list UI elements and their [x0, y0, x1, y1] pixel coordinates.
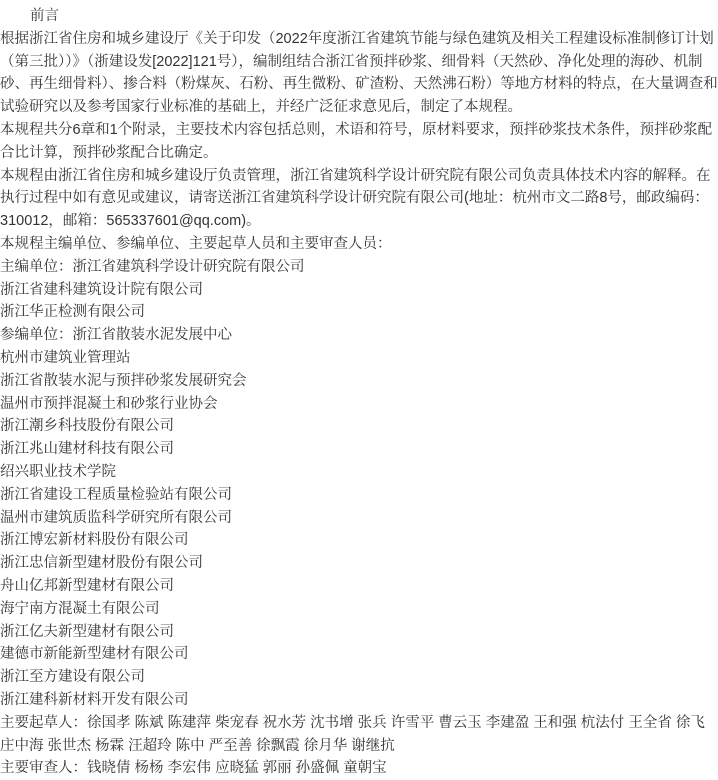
participating-unit-line: 浙江至方建设有限公司: [0, 666, 718, 689]
document-page: 前言 根据浙江省住房和城乡建设厅《关于印发（2022年度浙江省建筑节能与绿色建筑…: [0, 0, 718, 780]
participating-unit-line: 建德市新能新型建材有限公司: [0, 643, 718, 666]
drafters-names: 徐国孝 陈斌 陈建萍 柴宠春 祝水芳 沈书增 张兵 许雪平 曹云玉 李建盈 王和…: [0, 715, 705, 754]
participating-unit-line: 浙江建科新材料开发有限公司: [0, 689, 718, 712]
paragraph-contents: 本规程共分6章和1个附录，主要技术内容包括总则，术语和符号，原材料要求，预拌砂浆…: [0, 119, 718, 165]
participating-unit-line: 浙江博宏新材料股份有限公司: [0, 529, 718, 552]
participating-unit-line: 浙江亿夫新型建材有限公司: [0, 621, 718, 644]
participating-unit-line: 温州市建筑质监科学研究所有限公司: [0, 507, 718, 530]
participating-unit-line: 海宁南方混凝土有限公司: [0, 598, 718, 621]
participating-unit-line: 浙江省建设工程质量检验站有限公司: [0, 484, 718, 507]
chief-unit-name: 浙江省建筑科学设计研究院有限公司: [73, 259, 305, 275]
paragraph-credits-intro: 本规程主编单位、参编单位、主要起草人员和主要审查人员：: [0, 233, 718, 256]
participating-units-line: 参编单位：浙江省散装水泥发展中心: [0, 324, 718, 347]
chief-unit-line: 浙江省建科建筑设计院有限公司: [0, 279, 718, 302]
reviewers-names: 钱晓倩 杨杨 李宏伟 应晓猛 郭丽 孙盛佩 童朝宝: [87, 760, 387, 776]
drafters-label: 主要起草人：: [0, 715, 87, 731]
participating-unit-name: 浙江省散装水泥发展中心: [73, 327, 233, 343]
chief-units-label: 主编单位：: [0, 259, 73, 275]
chief-unit-line: 浙江华正检测有限公司: [0, 301, 718, 324]
paragraph-management-contact: 本规程由浙江省住房和城乡建设厅负责管理，浙江省建筑科学设计研究院有限公司负责具体…: [0, 165, 718, 233]
chief-units-line: 主编单位：浙江省建筑科学设计研究院有限公司: [0, 256, 718, 279]
participating-unit-line: 温州市预拌混凝土和砂浆行业协会: [0, 393, 718, 416]
participating-unit-line: 舟山亿邦新型建材有限公司: [0, 575, 718, 598]
participating-unit-line: 浙江忠信新型建材股份有限公司: [0, 552, 718, 575]
participating-unit-line: 浙江潮乡科技股份有限公司: [0, 415, 718, 438]
page-title: 前言: [30, 5, 718, 28]
participating-unit-line: 浙江省散装水泥与预拌砂浆发展研究会: [0, 370, 718, 393]
paragraph-basis: 根据浙江省住房和城乡建设厅《关于印发（2022年度浙江省建筑节能与绿色建筑及相关…: [0, 28, 718, 119]
participating-unit-line: 浙江兆山建材科技有限公司: [0, 438, 718, 461]
reviewers-line: 主要审查人：钱晓倩 杨杨 李宏伟 应晓猛 郭丽 孙盛佩 童朝宝: [0, 757, 718, 780]
drafters-line: 主要起草人：徐国孝 陈斌 陈建萍 柴宠春 祝水芳 沈书增 张兵 许雪平 曹云玉 …: [0, 712, 718, 758]
participating-unit-line: 绍兴职业技术学院: [0, 461, 718, 484]
participating-units-label: 参编单位：: [0, 327, 73, 343]
participating-unit-line: 杭州市建筑业管理站: [0, 347, 718, 370]
reviewers-label: 主要审查人：: [0, 760, 87, 776]
